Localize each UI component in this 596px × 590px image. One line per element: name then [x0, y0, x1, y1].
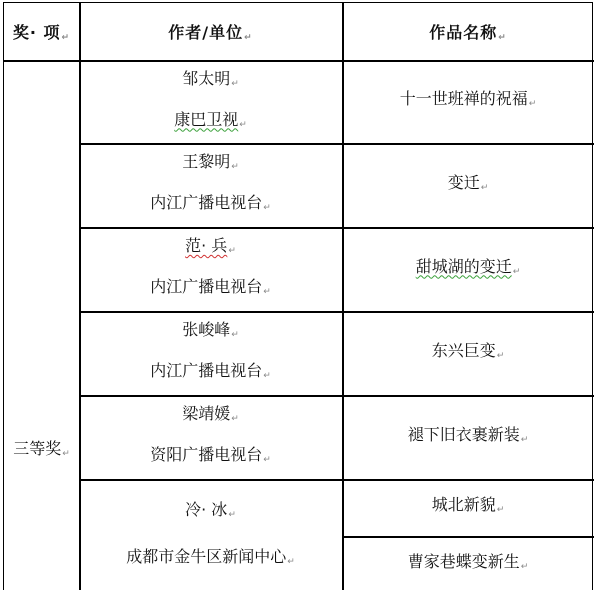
paragraph-mark-icon: ↵ — [244, 33, 253, 43]
header-work-title: 作品名称↵ — [342, 3, 594, 60]
work-title: 十一世班禅的祝福 — [400, 89, 528, 108]
author-unit-cell: 梁靖媛↵ 资阳广播电视台↵ — [79, 395, 342, 479]
work-title: 变迁 — [448, 173, 480, 192]
award-category: 三等奖 — [13, 439, 61, 458]
unit-name: 成都市金牛区新闻中心 — [126, 547, 286, 566]
work-title-cell: 甜城湖的变迁↵ — [342, 227, 594, 311]
paragraph-mark-icon: ↵ — [263, 287, 271, 297]
unit-name: 康巴卫视 — [174, 110, 238, 129]
paragraph-mark-icon: ↵ — [263, 455, 271, 465]
author-unit-cell: 冷· 冰↵ 成都市金牛区新闻中心↵ — [79, 479, 342, 590]
unit-name: 内江广播电视台 — [150, 361, 262, 380]
paragraph-mark-icon: ↵ — [231, 79, 239, 89]
author-unit-cell: 范· 兵↵ 内江广播电视台↵ — [79, 227, 342, 311]
paragraph-mark-icon: ↵ — [497, 505, 505, 515]
work-title-cell: 十一世班禅的祝福↵ — [342, 60, 594, 143]
author-name: 范· 兵 — [185, 236, 227, 255]
paragraph-mark-icon: ↵ — [228, 246, 236, 256]
award-category-cell: 三等奖↵ — [4, 60, 79, 590]
work-title-cell: 东兴巨变↵ — [342, 311, 594, 395]
work-title: 甜城湖的变迁 — [416, 257, 512, 276]
author-name: 邹太明 — [182, 69, 230, 88]
header-award-label: 奖· 项 — [13, 23, 61, 42]
author-name: 王黎明 — [182, 152, 230, 171]
awards-table: 奖· 项↵ 作者/单位↵ 作品名称↵ 三等奖↵ 邹太明↵ 康巴卫视↵ 十一世班禅… — [3, 2, 593, 590]
paragraph-mark-icon: ↵ — [497, 351, 505, 361]
unit-name: 内江广播电视台 — [150, 277, 262, 296]
paragraph-mark-icon: ↵ — [231, 414, 239, 424]
unit-name: 内江广播电视台 — [150, 193, 262, 212]
work-title-cell: 曹家巷蝶变新生↵ — [342, 536, 594, 590]
paragraph-mark-icon: ↵ — [287, 557, 295, 567]
paragraph-mark-icon: ↵ — [263, 203, 271, 213]
work-title: 城北新貌 — [432, 495, 496, 514]
author-unit-cell: 王黎明↵ 内江广播电视台↵ — [79, 143, 342, 227]
paragraph-mark-icon: ↵ — [513, 267, 521, 277]
header-work-title-label: 作品名称 — [429, 23, 497, 42]
author-name: 张峻峰 — [182, 320, 230, 339]
paragraph-mark-icon: ↵ — [498, 33, 507, 43]
work-title-cell: 褪下旧衣裹新装↵ — [342, 395, 594, 479]
paragraph-mark-icon: ↵ — [521, 435, 529, 445]
work-title: 曹家巷蝶变新生 — [408, 552, 520, 571]
paragraph-mark-icon: ↵ — [263, 371, 271, 381]
work-title-cell: 变迁↵ — [342, 143, 594, 227]
paragraph-mark-icon: ↵ — [228, 510, 236, 520]
author-unit-cell: 张峻峰↵ 内江广播电视台↵ — [79, 311, 342, 395]
paragraph-mark-icon: ↵ — [529, 99, 537, 109]
paragraph-mark-icon: ↵ — [62, 449, 70, 459]
author-name: 梁靖媛 — [182, 404, 230, 423]
unit-name: 资阳广播电视台 — [150, 445, 262, 464]
author-name: 冷· 冰 — [185, 500, 227, 519]
work-title-cell: 城北新貌↵ — [342, 479, 594, 536]
header-author-unit: 作者/单位↵ — [79, 3, 342, 60]
author-unit-cell: 邹太明↵ 康巴卫视↵ — [79, 60, 342, 143]
paragraph-mark-icon: ↵ — [521, 562, 529, 572]
paragraph-mark-icon: ↵ — [239, 120, 247, 130]
header-award: 奖· 项↵ — [4, 3, 79, 60]
header-author-unit-label: 作者/单位 — [168, 23, 243, 42]
work-title: 东兴巨变 — [432, 341, 496, 360]
paragraph-mark-icon: ↵ — [481, 183, 489, 193]
paragraph-mark-icon: ↵ — [231, 162, 239, 172]
work-title: 褪下旧衣裹新装 — [408, 425, 520, 444]
paragraph-mark-icon: ↵ — [62, 33, 71, 43]
paragraph-mark-icon: ↵ — [231, 330, 239, 340]
